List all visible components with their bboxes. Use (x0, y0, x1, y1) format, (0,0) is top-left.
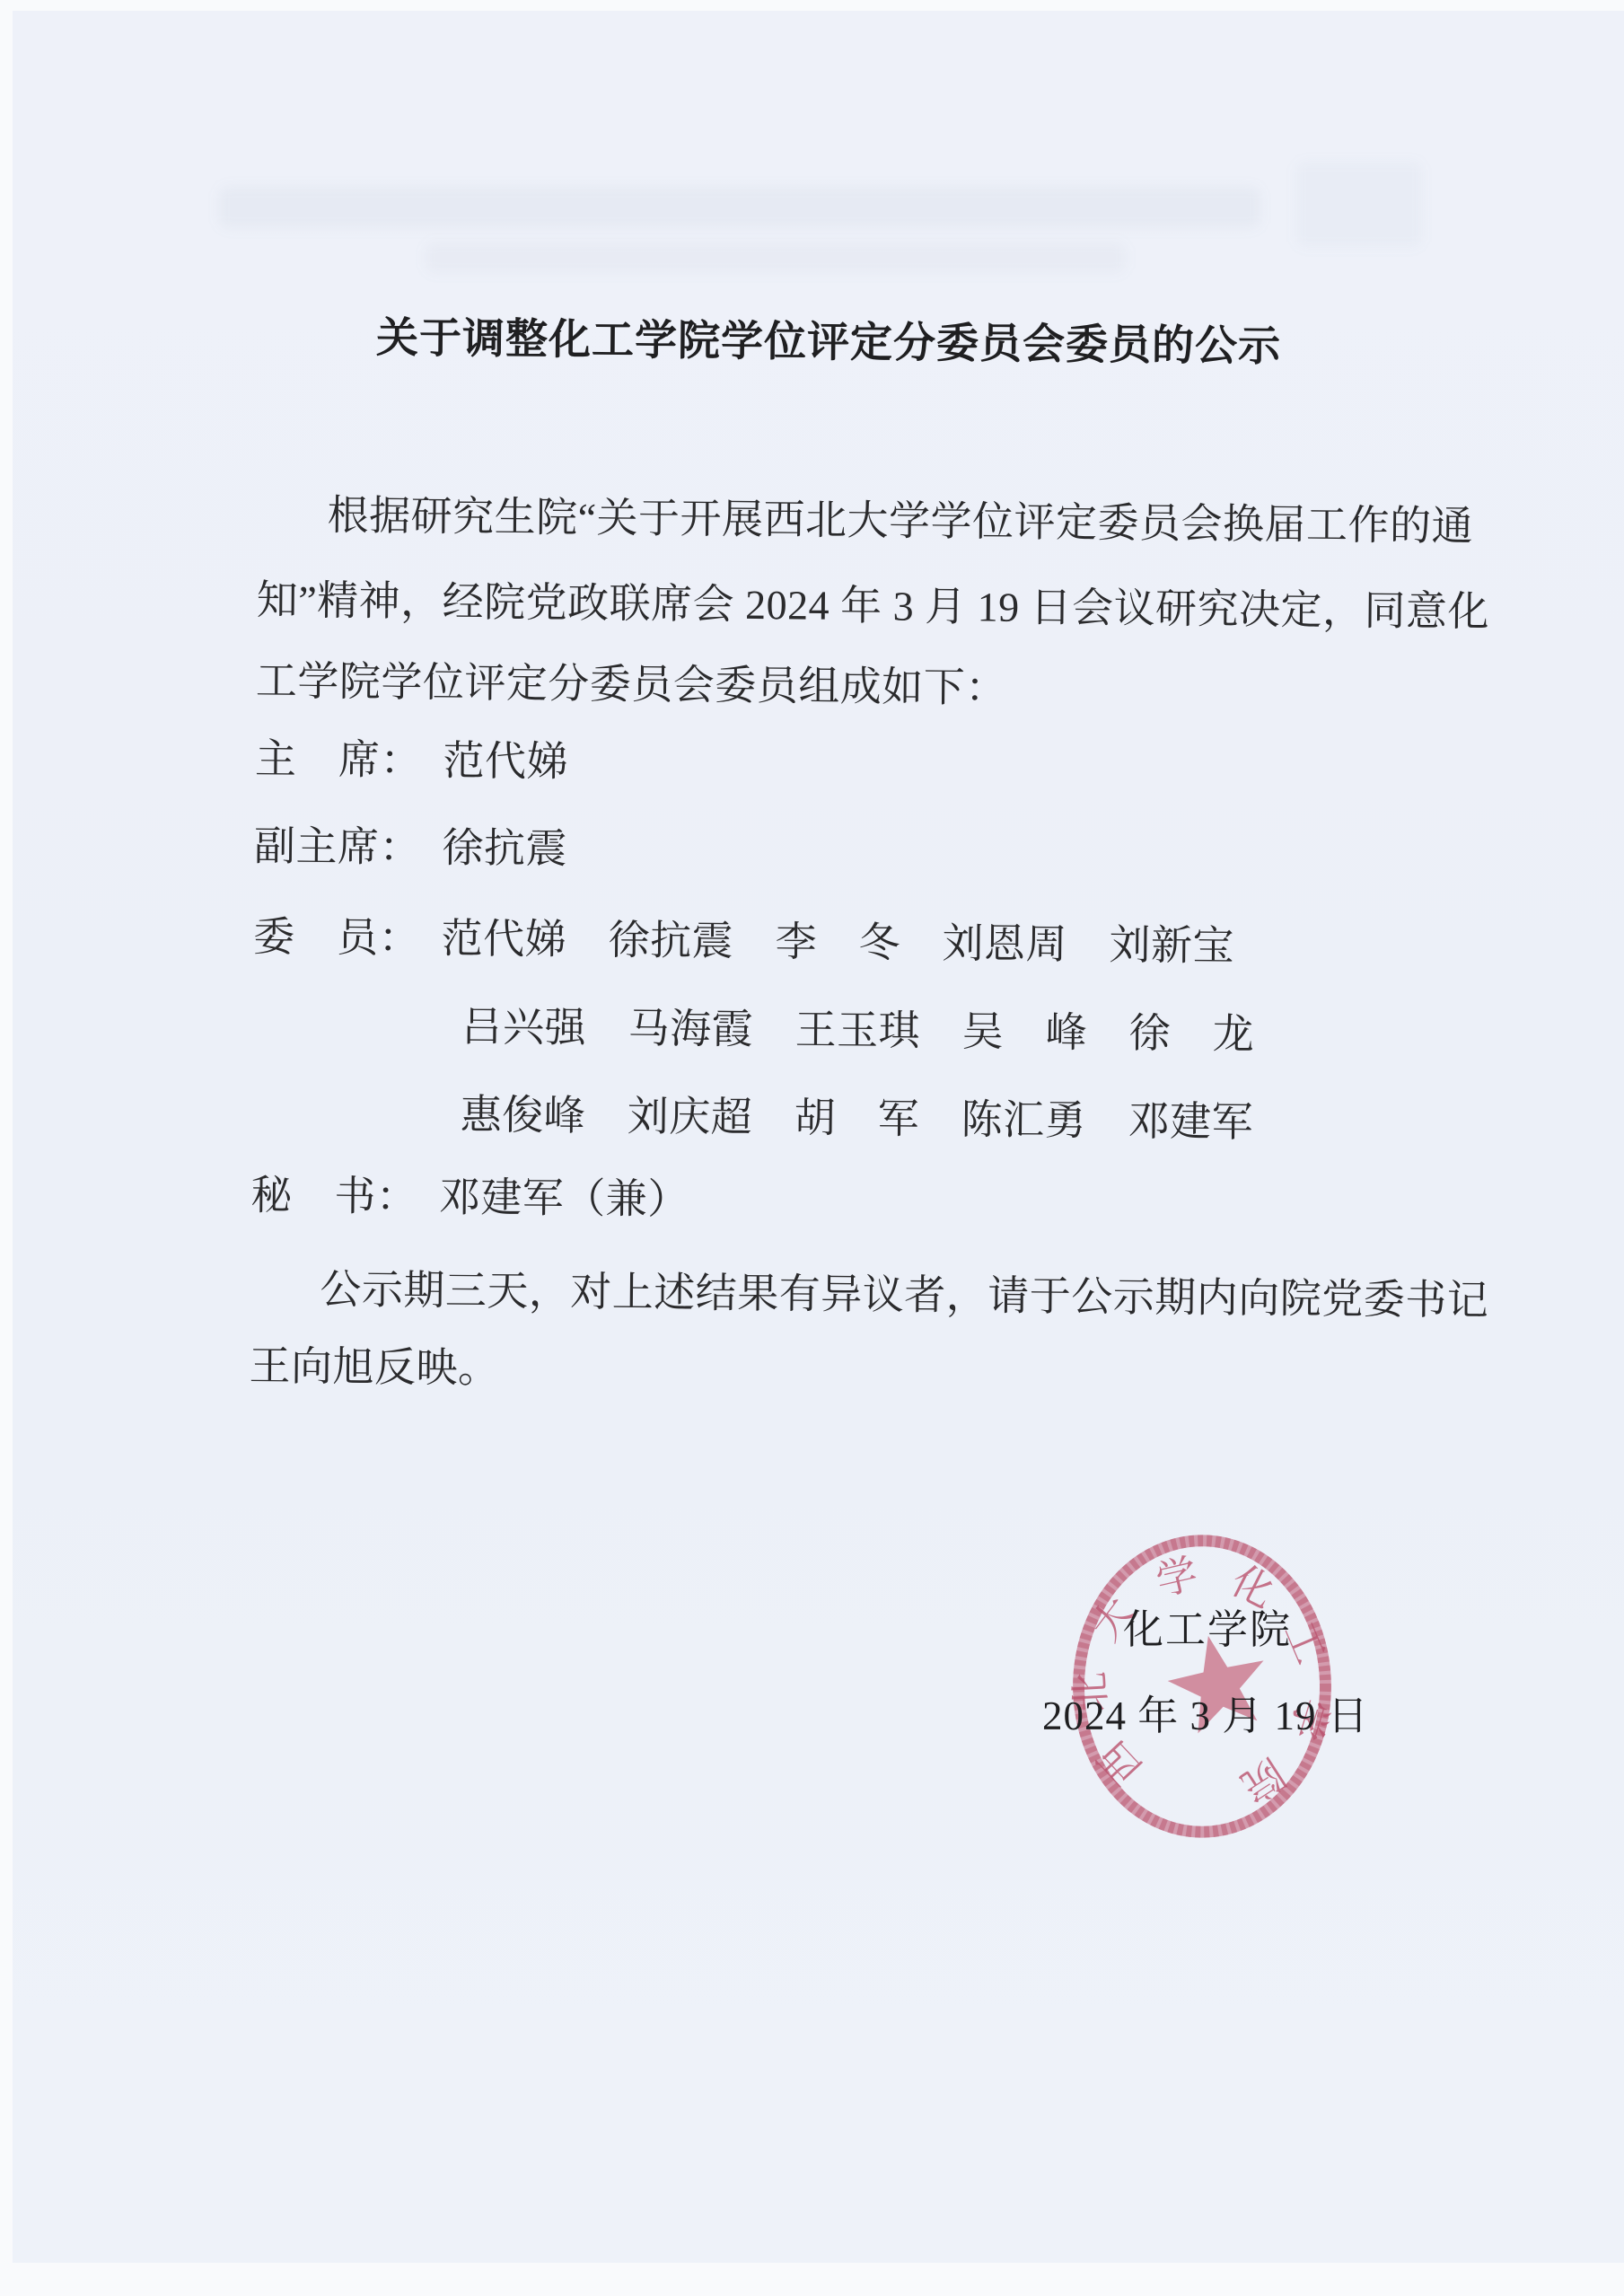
roster-line-members-2: 吕兴强 马海霞 王玉琪 吴 峰 徐 龙 (252, 999, 1255, 1061)
paragraph-line: 工学院学位评定分委员会委员组成如下： (256, 655, 1008, 715)
paragraph-line: 公示期三天，对上述结果有异议者，请于公示期内向院党委书记 (250, 1263, 1488, 1327)
scanned-paper-sheet: 关于调整化工学院学位评定分委员会委员的公示 根据研究生院“关于开展西北大学学位评… (13, 11, 1624, 2263)
paragraph-line: 知”精神，经院党政联席会 2024 年 3 月 19 日会议研究决定，同意化 (256, 575, 1489, 638)
document-title: 关于调整化工学院学位评定分委员会委员的公示 (36, 308, 1620, 375)
seal-char: 西 (1090, 1732, 1151, 1793)
document-body: 关于调整化工学院学位评定分委员会委员的公示 根据研究生院“关于开展西北大学学位评… (0, 11, 1624, 2278)
paragraph-line: 根据研究生院“关于开展西北大学学位评定委员会换届工作的通 (257, 489, 1473, 553)
seal-char: 学 (1152, 1551, 1202, 1605)
roster-line-vice-chairman: 副主席： 徐抗震 (254, 821, 568, 875)
roster-line-members-3: 惠俊峰 刘庆超 胡 军 陈汇勇 邓建军 (251, 1087, 1254, 1149)
signature-organization: 化工学院 (1123, 1605, 1292, 1654)
official-seal-stamp: 西 北 大 学 化 工 学 院 (1068, 1526, 1336, 1846)
roster-line-secretary: 秘 书： 邓建军（兼） (250, 1170, 689, 1227)
signature-date: 2024 年 3 月 19 日 (1042, 1692, 1369, 1740)
paragraph-line: 王向旭反映。 (249, 1341, 500, 1395)
roster-line-chairman: 主 席： 范代娣 (255, 734, 569, 788)
roster-line-members-1: 委 员： 范代娣 徐抗震 李 冬 刘恩周 刘新宝 (253, 911, 1235, 972)
